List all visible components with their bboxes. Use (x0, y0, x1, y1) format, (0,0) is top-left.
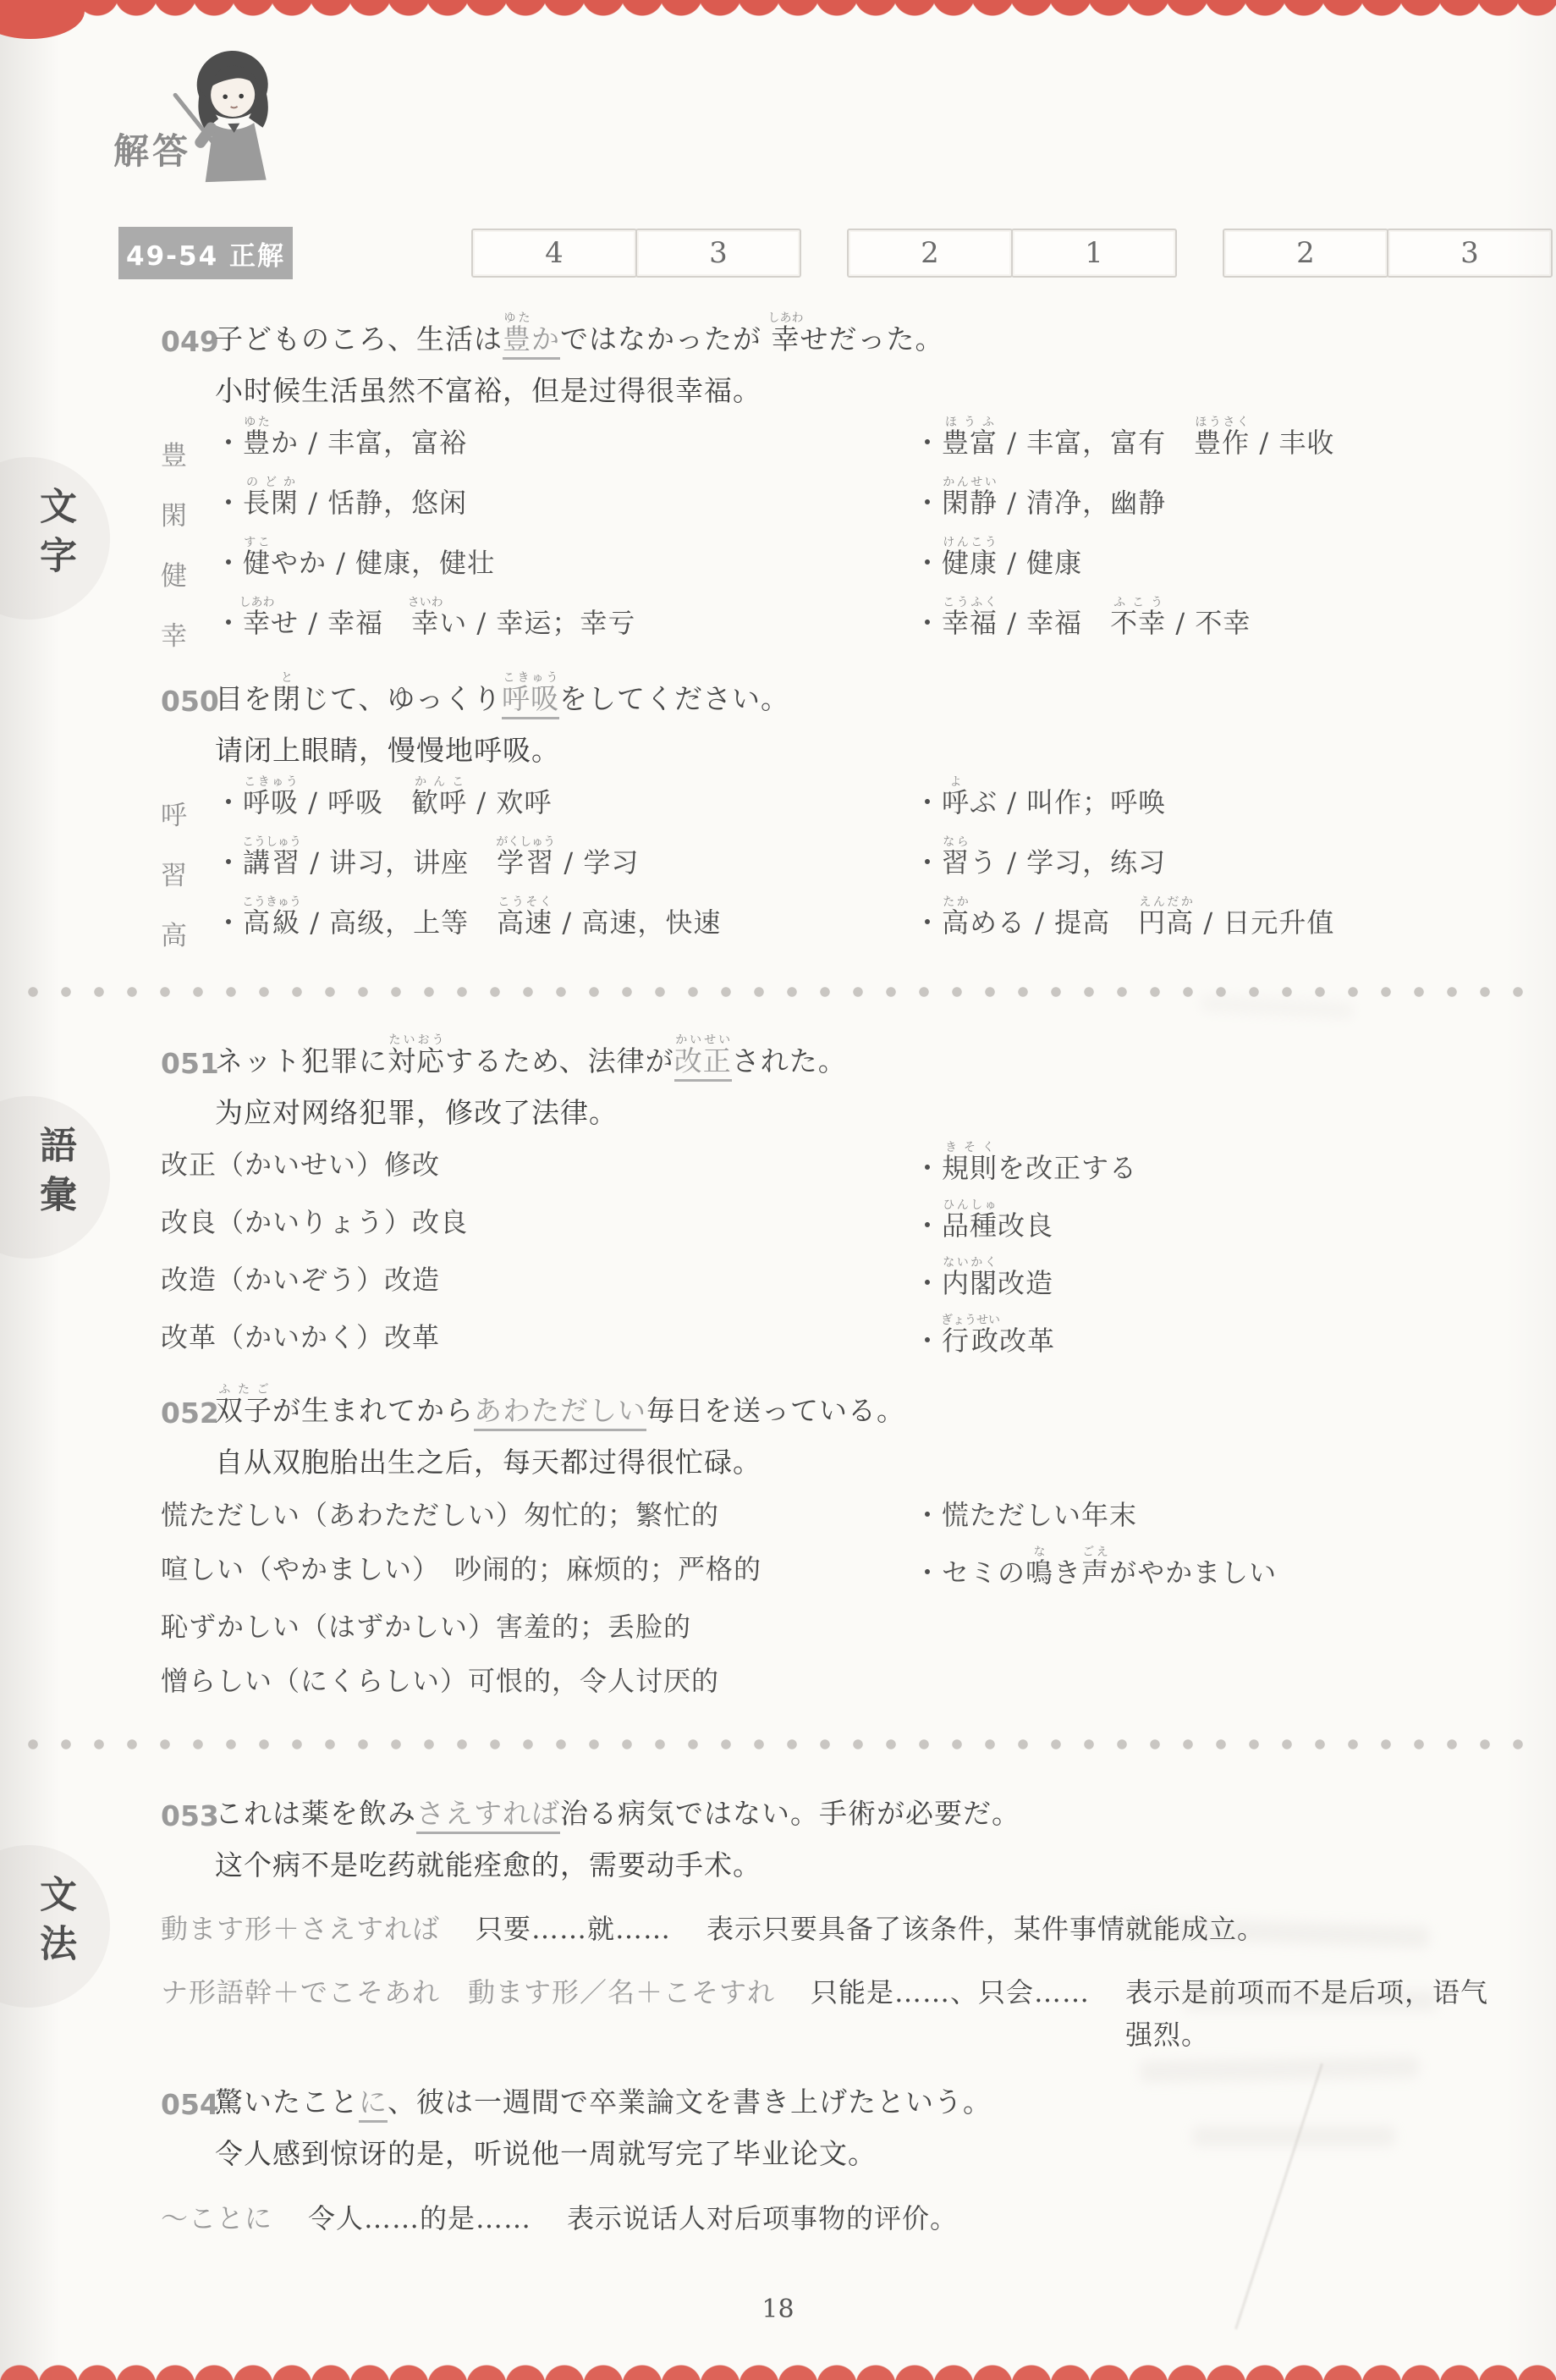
question-054: 054驚いたことに、彼は一週間で卒業論文を書き上げたという。令人感到惊讶的是，听… (161, 2074, 1505, 2240)
vocab-kanji-head: 高 (161, 895, 215, 952)
question-number: 049 (161, 311, 215, 367)
grammar-note: 表示说话人对后项事物的评价。 (567, 2198, 958, 2240)
answer-group: 43 (471, 229, 801, 278)
vocab-kanji-head: 閑 (161, 476, 215, 532)
answer-cell: 2 (1223, 229, 1388, 278)
vocab-row: 恥ずかしい（はずかしい）害羞的；丢脸的 (161, 1603, 1505, 1650)
vocab-row: 閑・長閑のどか / 恬静，悠闲・閑静かんせい / 清净，幽静 (161, 476, 1505, 532)
answer-group: 21 (847, 229, 1177, 278)
side-label-bunpo: 文法 (27, 1875, 81, 1973)
question-052: 052双子ふたごが生まれてからあわただしい毎日を送っている。自从双胞胎出生之后，… (161, 1383, 1505, 1704)
vocab-entry-left: 改革（かいかく）改革 (161, 1314, 914, 1364)
vocab-row: 高・高級こうきゅう / 高级，上等 高速こうそく / 高速，快速・高たかめる /… (161, 895, 1505, 952)
vocab-entry-right: ・豊富ほうふ / 丰富，富有 豊作ほうさく / 丰收 (914, 416, 1505, 472)
question-jp: これは薬を飲みさえすれば治る病気ではない。手術が必要だ。 (215, 1786, 1505, 1842)
vocab-entry-left: ・講習こうしゅう / 讲习，讲座 学習がくしゅう / 学习 (215, 835, 914, 892)
grammar-note: 表示是前项而不是后项，语气强烈。 (1125, 1972, 1505, 2056)
question-jp: 目を閉とじて、ゆっくり呼吸こきゅうをしてください。 (215, 671, 1505, 727)
answer-range-badge: 49-54 正解 (118, 227, 293, 279)
question-cn: 这个病不是吃药就能痊愈的，需要动手术。 (215, 1843, 1505, 1887)
section-goi: 051ネット犯罪に対応たいおうするため、法律が改正かいせいされた。为应对网络犯罪… (161, 1025, 1505, 1704)
vocab-entry-right (914, 1603, 1505, 1650)
vocab-row: 改正（かいせい）修改・規則きそくを改正する (161, 1141, 1505, 1192)
question-jp: 子どものころ、生活は豊ゆたかではなかったが 幸しあわせだった。 (215, 311, 1505, 367)
vocab-entry-left: 改良（かいりょう）改良 (161, 1198, 914, 1249)
vocab-entry-right (914, 1657, 1505, 1705)
side-label-moji: 文字 (27, 487, 81, 585)
side-label-goi: 語彙 (27, 1126, 81, 1224)
vocab-entry-left: 慌ただしい（あわただしい）匆忙的；繁忙的 (161, 1491, 914, 1539)
grammar-row: ～ことに令人……的是……表示说话人对后项事物的评价。 (161, 2198, 1505, 2240)
page-number: 18 (762, 2295, 794, 2324)
question-number: 052 (161, 1383, 215, 1439)
question-number: 050 (161, 671, 215, 727)
vocab-kanji-head: 健 (161, 536, 215, 592)
answer-cell: 3 (1387, 229, 1553, 278)
vocab-row: 改革（かいかく）改革・行政ぎょうせい改革 (161, 1314, 1505, 1364)
vocab-entry-right: ・セミの鳴なき声ごえがやかましい (914, 1545, 1505, 1596)
grammar-pattern: ～ことに (161, 2198, 272, 2240)
grammar-pattern: 動ます形＋さえすれば (161, 1909, 440, 1951)
dot-divider (25, 984, 1531, 1000)
content: 049子どものころ、生活は豊ゆたかではなかったが 幸しあわせだった。小时候生活虽… (0, 298, 1556, 2240)
vocab-row: 喧しい（やかましい） 吵闹的；麻烦的；严格的・セミの鳴なき声ごえがやかましい (161, 1545, 1505, 1596)
vocab-entry-left: 改正（かいせい）修改 (161, 1141, 914, 1192)
question-jp: 双子ふたごが生まれてからあわただしい毎日を送っている。 (215, 1383, 1505, 1439)
vocab-kanji-head: 呼 (161, 775, 215, 832)
question-number: 051 (161, 1033, 215, 1089)
vocab-entry-right: ・習ならう / 学习，练习 (914, 835, 1505, 892)
answer-cell: 4 (471, 229, 637, 278)
vocab-row: 習・講習こうしゅう / 讲习，讲座 学習がくしゅう / 学习・習ならう / 学习… (161, 835, 1505, 892)
vocab-kanji-head: 豊 (161, 416, 215, 472)
question-053: 053これは薬を飲みさえすれば治る病気ではない。手術が必要だ。这个病不是吃药就能… (161, 1786, 1505, 2057)
question-cn: 自从双胞胎出生之后，每天都过得很忙碌。 (215, 1441, 1505, 1484)
section-title: 解答 (113, 124, 191, 174)
vocab-entry-left: ・高級こうきゅう / 高级，上等 高速こうそく / 高速，快速 (215, 895, 914, 952)
vocab-entry-left: 恥ずかしい（はずかしい）害羞的；丢脸的 (161, 1603, 914, 1650)
answer-cell: 3 (635, 229, 801, 278)
vocab-entry-right: ・慌ただしい年末 (914, 1491, 1505, 1539)
question-number: 053 (161, 1786, 215, 1842)
grammar-meaning: 只能是……、只会…… (811, 1972, 1090, 2056)
vocab-entry-right: ・内閣ないかく改造 (914, 1256, 1505, 1307)
question-050: 050目を閉とじて、ゆっくり呼吸こきゅうをしてください。请闭上眼睛，慢慢地呼吸。… (161, 671, 1505, 952)
vocab-row: 改良（かいりょう）改良・品種ひんしゅ改良 (161, 1198, 1505, 1249)
vocab-row: 幸・幸しあわせ / 幸福 幸さいわい / 幸运；幸亏・幸福こうふく / 幸福 不… (161, 596, 1505, 653)
grammar-meaning: 只要……就…… (476, 1909, 671, 1951)
question-cn: 为应对网络犯罪，修改了法律。 (215, 1091, 1505, 1134)
answer-group: 23 (1223, 229, 1553, 278)
vocab-entry-right: ・閑静かんせい / 清净，幽静 (914, 476, 1505, 532)
vocab-entry-left: 憎らしい（にくらしい）可恨的，令人讨厌的 (161, 1657, 914, 1705)
vocab-entry-left: ・幸しあわせ / 幸福 幸さいわい / 幸运；幸亏 (215, 596, 914, 653)
vocab-kanji-head: 幸 (161, 596, 215, 653)
vocab-entry-right: ・呼よぶ / 叫作；呼唤 (914, 775, 1505, 832)
vocab-entry-right: ・行政ぎょうせい改革 (914, 1314, 1505, 1364)
vocab-row: 慌ただしい（あわただしい）匆忙的；繁忙的・慌ただしい年末 (161, 1491, 1505, 1539)
vocab-entry-right: ・品種ひんしゅ改良 (914, 1198, 1505, 1249)
grammar-row: 動ます形＋さえすれば只要……就……表示只要具备了该条件，某件事情就能成立。 (161, 1909, 1505, 1951)
vocab-entry-left: ・呼吸こきゅう / 呼吸 歓呼かんこ / 欢呼 (215, 775, 914, 832)
vocab-entry-left: 喧しい（やかましい） 吵闹的；麻烦的；严格的 (161, 1545, 914, 1596)
answer-cell: 1 (1011, 229, 1177, 278)
answer-header: 解答 49-54 正解 432123 (0, 0, 1556, 298)
grammar-meaning: 令人……的是…… (308, 2198, 531, 2240)
grammar-pattern: ナ形語幹＋でこそあれ 動ます形／名＋こそすれ (161, 1972, 775, 2056)
vocab-row: 豊・豊ゆたか / 丰富，富裕・豊富ほうふ / 丰富，富有 豊作ほうさく / 丰收 (161, 416, 1505, 472)
vocab-entry-right: ・幸福こうふく / 幸福 不幸ふこう / 不幸 (914, 596, 1505, 653)
question-number: 054 (161, 2074, 215, 2130)
grammar-row: ナ形語幹＋でこそあれ 動ます形／名＋こそすれ只能是……、只会……表示是前项而不是… (161, 1972, 1505, 2056)
vocab-entry-left: ・健すこやか / 健康，健壮 (215, 536, 914, 592)
vocab-entry-left: ・長閑のどか / 恬静，悠闲 (215, 476, 914, 532)
vocab-row: 呼・呼吸こきゅう / 呼吸 歓呼かんこ / 欢呼・呼よぶ / 叫作；呼唤 (161, 775, 1505, 832)
answer-row: 432123 (471, 229, 1553, 278)
decorative-scallop-border-bottom (0, 2360, 1556, 2380)
question-jp: ネット犯罪に対応たいおうするため、法律が改正かいせいされた。 (215, 1033, 1505, 1089)
decorative-scallop-border-top (0, 0, 1556, 24)
vocab-row: 憎らしい（にくらしい）可恨的，令人讨厌的 (161, 1657, 1505, 1705)
vocab-entry-left: 改造（かいぞう）改造 (161, 1256, 914, 1307)
vocab-row: 健・健すこやか / 健康，健壮・健康けんこう / 健康 (161, 536, 1505, 592)
section-bunpo: 053これは薬を飲みさえすれば治る病気ではない。手術が必要だ。这个病不是吃药就能… (161, 1777, 1505, 2240)
answer-cell: 2 (847, 229, 1013, 278)
vocab-kanji-head: 習 (161, 835, 215, 892)
vocab-row: 改造（かいぞう）改造・内閣ないかく改造 (161, 1256, 1505, 1307)
vocab-entry-right: ・健康けんこう / 健康 (914, 536, 1505, 592)
dot-divider (25, 1737, 1531, 1752)
grammar-note: 表示只要具备了该条件，某件事情就能成立。 (707, 1909, 1265, 1951)
question-cn: 小时候生活虽然不富裕，但是过得很幸福。 (215, 369, 1505, 412)
section-moji: 049子どものころ、生活は豊ゆたかではなかったが 幸しあわせだった。小时候生活虽… (161, 303, 1505, 952)
question-049: 049子どものころ、生活は豊ゆたかではなかったが 幸しあわせだった。小时候生活虽… (161, 311, 1505, 653)
vocab-entry-right: ・規則きそくを改正する (914, 1141, 1505, 1192)
question-cn: 请闭上眼睛，慢慢地呼吸。 (215, 729, 1505, 772)
question-cn: 令人感到惊讶的是，听说他一周就写完了毕业论文。 (215, 2132, 1505, 2175)
question-jp: 驚いたことに、彼は一週間で卒業論文を書き上げたという。 (215, 2074, 1505, 2130)
vocab-entry-left: ・豊ゆたか / 丰富，富裕 (215, 416, 914, 472)
question-051: 051ネット犯罪に対応たいおうするため、法律が改正かいせいされた。为应对网络犯罪… (161, 1033, 1505, 1364)
vocab-entry-right: ・高たかめる / 提高 円高えんだか / 日元升值 (914, 895, 1505, 952)
